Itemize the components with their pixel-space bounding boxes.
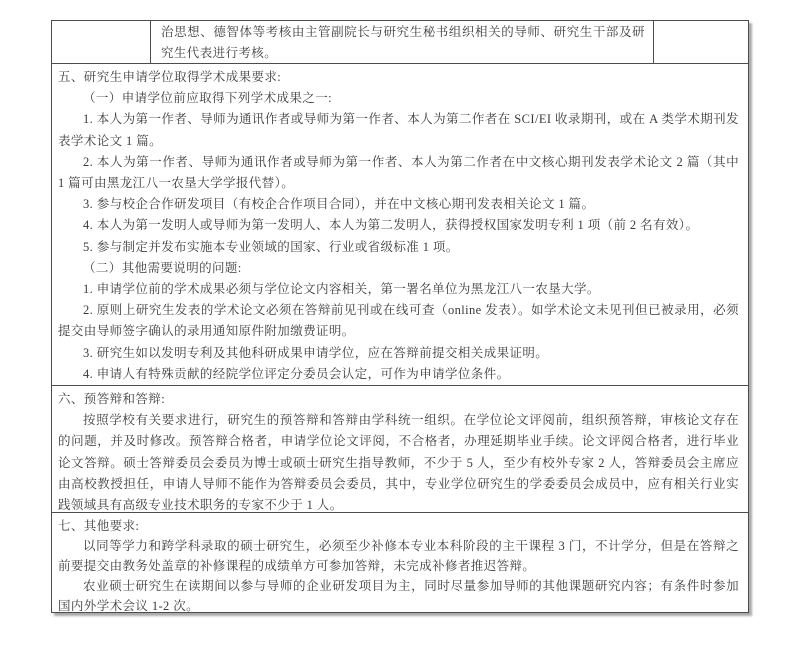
paragraph: 3. 研究生如以发明专利及其他科研成果申请学位，应在答辩前提交相关成果证明。 [58, 343, 739, 364]
section-other-requirements: 七、其他要求: 以同等学力和跨学科录取的硕士研究生，必须至少补修本专业本科阶段的… [52, 513, 748, 612]
continuation-right-cell [654, 21, 748, 63]
paragraph: 5. 参与制定并发布实施本专业领域的国家、行业或省级标准 1 项。 [58, 237, 739, 258]
continuation-left-cell [52, 21, 151, 63]
paragraph: 1. 本人为第一作者、导师为通讯作者或导师为第一作者、本人为第二作者在 SCI/… [58, 109, 739, 151]
paragraph: 4. 申请人有特殊贡献的经院学位评定分委员会认定，可作为申请学位条件。 [58, 364, 739, 385]
paragraph: 4. 本人为第一发明人或导师为第一发明人、本人为第二发明人，获得授权国家发明专利… [58, 215, 739, 236]
paragraph: 按照学校有关要求进行，研究生的预答辩和答辩由学科统一组织。在学位论文评阅前，组织… [58, 410, 739, 513]
degree-requirements-table: 治思想、德智体等考核由主管副院长与研究生秘书组织相关的导师、研究生干部及研究生代… [51, 20, 749, 613]
paragraph: 3. 参与校企合作研发项目（有校企合作项目合同），并在中文核心期刊发表相关论文 … [58, 194, 739, 215]
paragraph: （二）其他需要说明的问题: [58, 258, 739, 279]
paragraph: （一）申请学位前应取得下列学术成果之一: [58, 88, 739, 109]
continuation-row: 治思想、德智体等考核由主管副院长与研究生秘书组织相关的导师、研究生干部及研究生代… [52, 21, 748, 64]
section-title: 七、其他要求: [58, 516, 739, 536]
section-title: 五、研究生申请学位取得学术成果要求: [58, 67, 739, 88]
section-title: 六、预答辩和答辩: [58, 389, 739, 410]
paragraph: 以同等学力和跨学科录取的硕士研究生，必须至少补修本专业本科阶段的主干课程 3 门… [58, 536, 739, 576]
section-pre-defense-and-defense: 六、预答辩和答辩: 按照学校有关要求进行，研究生的预答辩和答辩由学科统一组织。在… [52, 386, 748, 513]
section-academic-achievement-requirements: 五、研究生申请学位取得学术成果要求: （一）申请学位前应取得下列学术成果之一: … [52, 64, 748, 386]
paragraph: 农业硕士研究生在读期间以参与导师的企业研发项目为主，同时尽量参加导师的其他课题研… [58, 576, 739, 612]
document-page: 治思想、德智体等考核由主管副院长与研究生秘书组织相关的导师、研究生干部及研究生代… [0, 0, 799, 660]
paragraph: 1. 申请学位前的学术成果必须与学位论文内容相关，第一署名单位为黑龙江八一农垦大… [58, 279, 739, 300]
paragraph: 2. 本人为第一作者、导师为通讯作者或导师为第一作者、本人为第二作者在中文核心期… [58, 152, 739, 194]
continuation-text: 治思想、德智体等考核由主管副院长与研究生秘书组织相关的导师、研究生干部及研究生代… [151, 21, 654, 63]
paragraph: 2. 原则上研究生发表的学术论文必须在答辩前见刊或在线可查（online 发表）… [58, 300, 739, 342]
